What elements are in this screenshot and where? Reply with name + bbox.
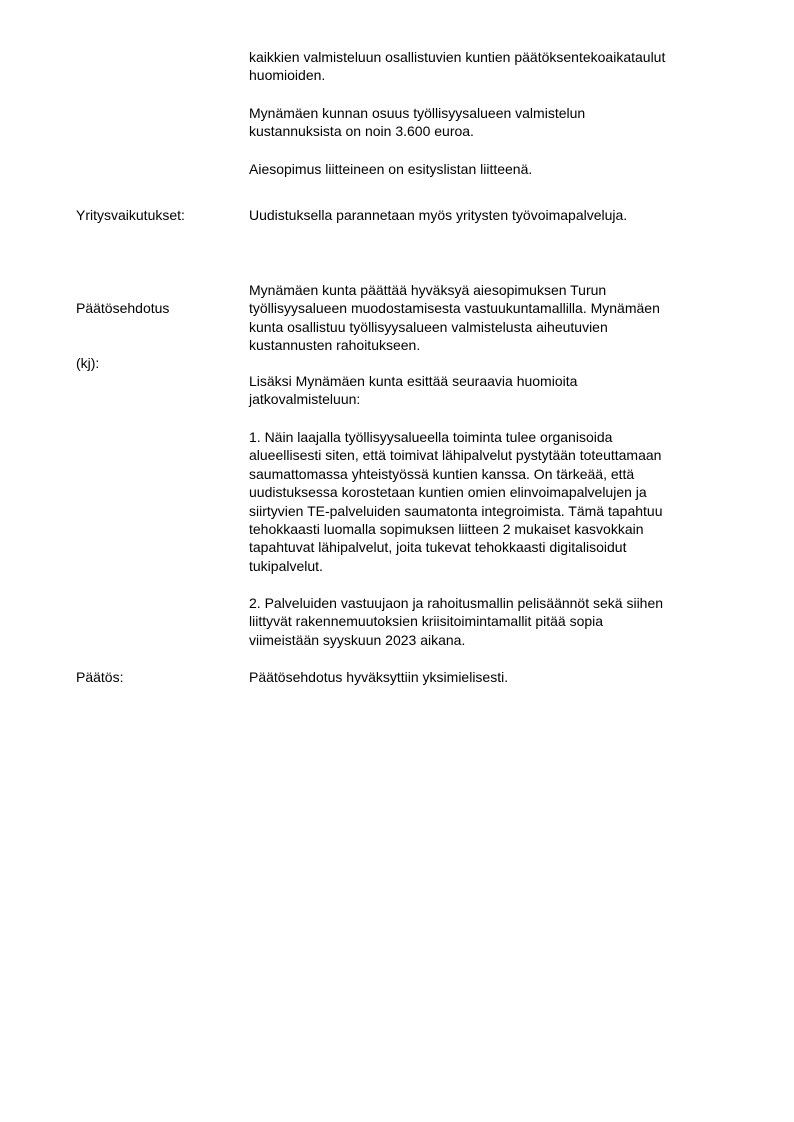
attachment-paragraph: Aiesopimus liitteineen on esityslistan l… — [249, 160, 729, 178]
text-line: jatkovalmisteluun: — [249, 390, 729, 408]
text-line: 1. Näin laajalla työllisyysalueella toim… — [249, 428, 729, 446]
text-line: kaikkien valmisteluun osallistuvien kunt… — [249, 48, 729, 66]
proposal-label: Päätösehdotus (kj): — [76, 262, 169, 409]
text-line: Mynämäen kunta päättää hyväksyä aiesopim… — [249, 281, 729, 299]
intro-paragraph: kaikkien valmisteluun osallistuvien kunt… — [249, 48, 729, 85]
proposal-paragraph-3: 1. Näin laajalla työllisyysalueella toim… — [249, 428, 729, 575]
decision-label: Päätös: — [76, 668, 123, 686]
text-line: liittyvät rakennemuutoksien kriisitoimin… — [249, 612, 729, 630]
text-line: tehokkaasti luomalla sopimuksen liitteen… — [249, 520, 729, 538]
text-line: uudistuksessa korostetaan kuntien omien … — [249, 483, 729, 501]
text-line: kunta osallistuu työllisyysalueen valmis… — [249, 318, 729, 336]
proposal-paragraph-2: Lisäksi Mynämäen kunta esittää seuraavia… — [249, 372, 729, 409]
text-line: siirtyvien TE-palveluiden saumatonta int… — [249, 502, 729, 520]
text-line: saumattomassa yhteistyössä kuntien kanss… — [249, 465, 729, 483]
text-line: työllisyysalueen muodostamisesta vastuuk… — [249, 299, 729, 317]
proposal-paragraph-1: Mynämäen kunta päättää hyväksyä aiesopim… — [249, 281, 729, 355]
text-line: tapahtuvat lähipalvelut, joita tukevat t… — [249, 538, 729, 556]
text-line: kustannuksista on noin 3.600 euroa. — [249, 122, 729, 140]
text-line: kustannusten rahoitukseen. — [249, 336, 729, 354]
text-line: alueellisesti siten, että toimivat lähip… — [249, 446, 729, 464]
text-line: tukipalvelut. — [249, 557, 729, 575]
business-impact-label: Yritysvaikutukset: — [76, 206, 185, 224]
text-line: huomioiden. — [249, 66, 729, 84]
text-line: Lisäksi Mynämäen kunta esittää seuraavia… — [249, 372, 729, 390]
text-line: Päätösehdotus hyväksyttiin yksimielisest… — [249, 668, 729, 686]
decision-text: Päätösehdotus hyväksyttiin yksimielisest… — [249, 668, 729, 686]
text-line: viimeistään syyskuun 2023 aikana. — [249, 631, 729, 649]
business-impact-text: Uudistuksella parannetaan myös yritysten… — [249, 206, 729, 224]
cost-paragraph: Mynämäen kunnan osuus työllisyysalueen v… — [249, 104, 729, 141]
text-line: Uudistuksella parannetaan myös yritysten… — [249, 206, 729, 224]
proposal-label-line: Päätösehdotus — [76, 299, 169, 317]
text-line: 2. Palveluiden vastuujaon ja rahoitusmal… — [249, 594, 729, 612]
text-line: Aiesopimus liitteineen on esityslistan l… — [249, 160, 729, 178]
text-line: Mynämäen kunnan osuus työllisyysalueen v… — [249, 104, 729, 122]
proposal-label-line: (kj): — [76, 354, 169, 372]
proposal-paragraph-4: 2. Palveluiden vastuujaon ja rahoitusmal… — [249, 594, 729, 649]
